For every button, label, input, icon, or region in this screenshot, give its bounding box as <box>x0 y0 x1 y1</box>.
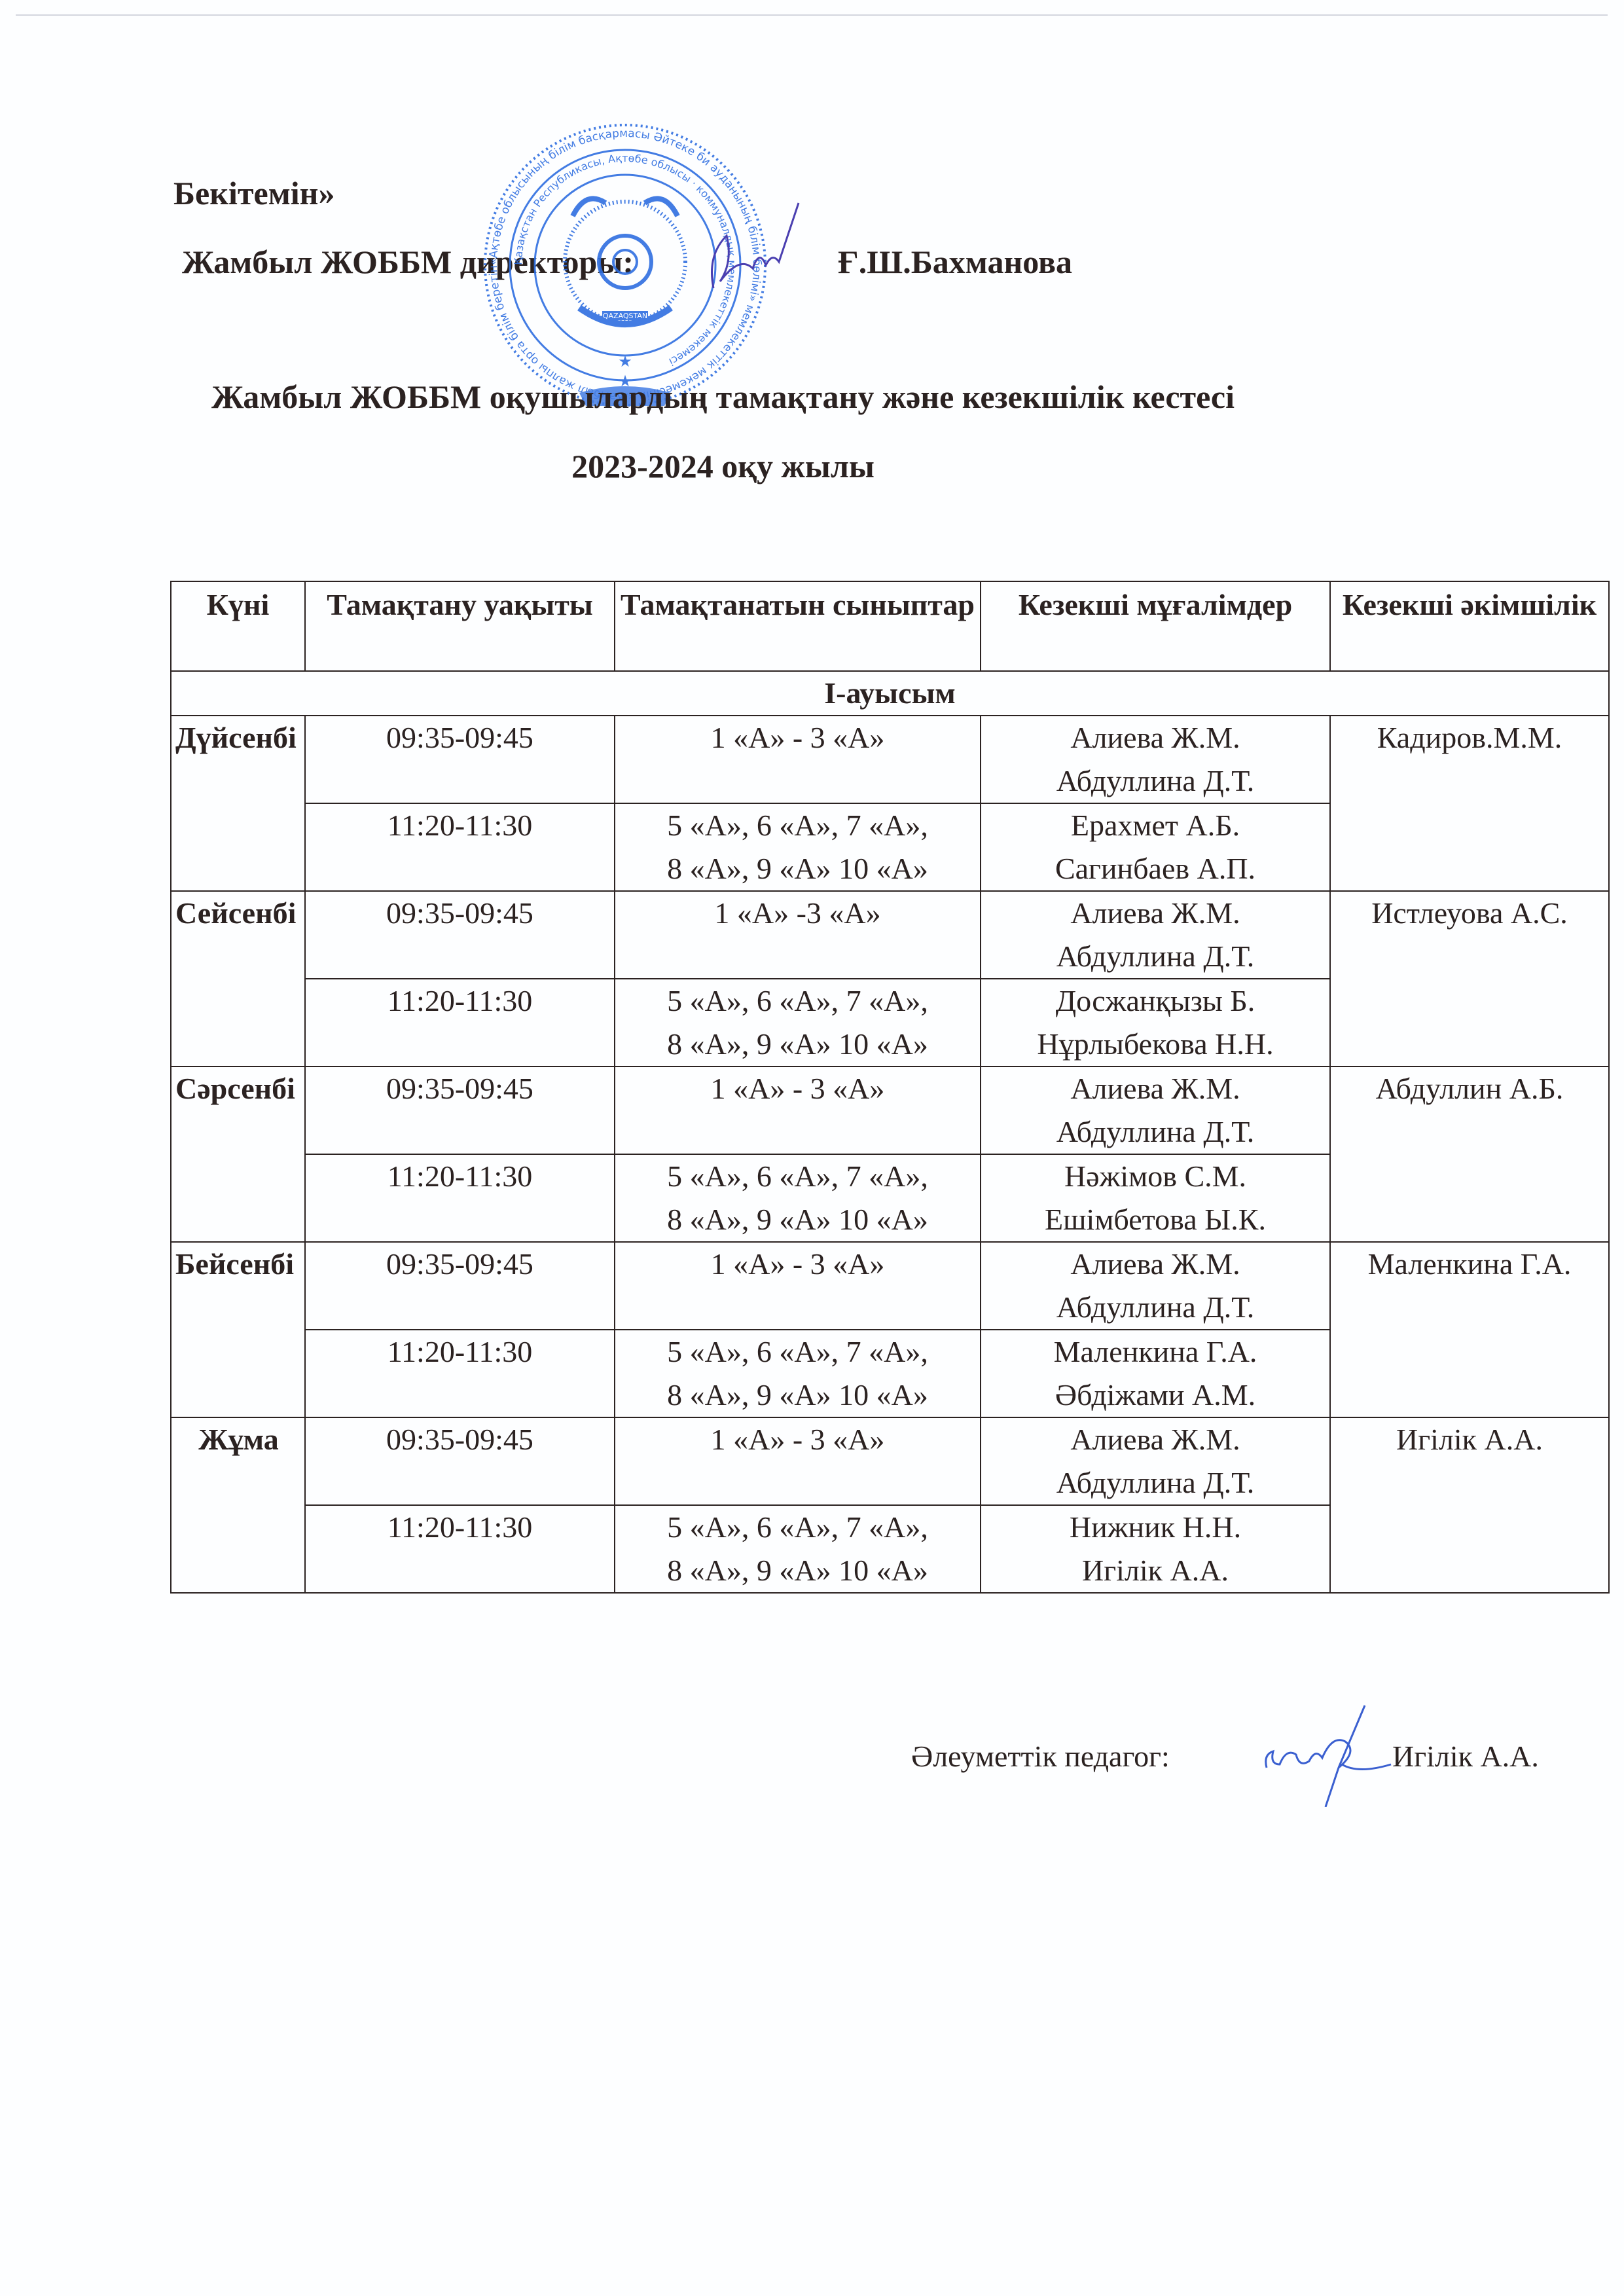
admin-cell: Истлеуова А.С. <box>1330 891 1609 1066</box>
teacher-name: Алиева Ж.М. <box>984 1067 1327 1110</box>
class-group: 8 «А», 9 «А» 10 «А» <box>618 1374 977 1417</box>
classes-cell: 1 «А» - 3 «А» <box>615 1066 981 1154</box>
teachers-cell: Алиева Ж.М.Абдуллина Д.Т. <box>981 891 1330 979</box>
teachers-cell: Алиева Ж.М.Абдуллина Д.Т. <box>981 716 1330 803</box>
classes-cell: 5 «А», 6 «А», 7 «А»,8 «А», 9 «А» 10 «А» <box>615 1505 981 1593</box>
teacher-name: Алиева Ж.М. <box>984 716 1327 759</box>
teacher-name: Досжанқызы Б. <box>984 979 1327 1023</box>
admin-cell: Кадиров.М.М. <box>1330 716 1609 891</box>
svg-text:★: ★ <box>618 354 632 371</box>
teacher-name: Абдуллина Д.Т. <box>984 1286 1327 1329</box>
page-title: Жамбыл ЖОББМ оқушылардың тамақтану және … <box>0 378 1535 416</box>
teachers-cell: Ерахмет А.Б.Сагинбаев А.П. <box>981 803 1330 891</box>
day-cell: Бейсенбі <box>171 1242 305 1417</box>
classes-cell: 1 «А» -3 «А» <box>615 891 981 979</box>
column-header: Кезекші әкімшілік <box>1330 581 1609 671</box>
teacher-name: Сагинбаев А.П. <box>984 847 1327 890</box>
director-name: Ғ.Ш.Бахманова <box>838 243 1072 281</box>
teacher-name: Абдуллина Д.Т. <box>984 1110 1327 1154</box>
class-group: 1 «А» - 3 «А» <box>618 1418 977 1461</box>
classes-cell: 5 «А», 6 «А», 7 «А»,8 «А», 9 «А» 10 «А» <box>615 1154 981 1242</box>
table-row: Сәрсенбі09:35-09:451 «А» - 3 «А»Алиева Ж… <box>171 1066 1609 1154</box>
time-cell: 11:20-11:30 <box>305 1330 615 1417</box>
admin-cell: Маленкина Г.А. <box>1330 1242 1609 1417</box>
class-group: 1 «А» - 3 «А» <box>618 716 977 759</box>
approve-label: Бекітемін» <box>173 174 334 212</box>
teacher-name: Маленкина Г.А. <box>984 1330 1327 1374</box>
column-header: Кезекші мұғалімдер <box>981 581 1330 671</box>
time-cell: 11:20-11:30 <box>305 803 615 891</box>
time-cell: 11:20-11:30 <box>305 979 615 1066</box>
admin-cell: Абдуллин А.Б. <box>1330 1066 1609 1242</box>
teacher-name: Абдуллина Д.Т. <box>984 935 1327 978</box>
admin-cell: Игілік А.А. <box>1330 1417 1609 1593</box>
director-signature-icon <box>700 196 805 301</box>
classes-cell: 5 «А», 6 «А», 7 «А»,8 «А», 9 «А» 10 «А» <box>615 803 981 891</box>
day-cell: Дүйсенбі <box>171 716 305 891</box>
class-group: 8 «А», 9 «А» 10 «А» <box>618 1023 977 1066</box>
column-header: Күні <box>171 581 305 671</box>
footer-name: Игілік А.А. <box>1392 1739 1539 1774</box>
footer-role-label: Әлеуметтік педагог: <box>911 1740 1170 1773</box>
page-subtitle: 2023-2024 оқу жылы <box>0 447 1535 485</box>
time-cell: 09:35-09:45 <box>305 716 615 803</box>
teacher-name: Алиева Ж.М. <box>984 892 1327 935</box>
classes-cell: 5 «А», 6 «А», 7 «А»,8 «А», 9 «А» 10 «А» <box>615 1330 981 1417</box>
pedagogue-signature-icon <box>1260 1702 1398 1807</box>
classes-cell: 1 «А» - 3 «А» <box>615 716 981 803</box>
classes-cell: 1 «А» - 3 «А» <box>615 1242 981 1330</box>
class-group: 5 «А», 6 «А», 7 «А», <box>618 1155 977 1198</box>
class-group: 8 «А», 9 «А» 10 «А» <box>618 1198 977 1241</box>
footer-signature: Әлеуметтік педагог: Игілік А.А. <box>911 1739 1170 1774</box>
classes-cell: 5 «А», 6 «А», 7 «А»,8 «А», 9 «А» 10 «А» <box>615 979 981 1066</box>
teacher-name: Алиева Ж.М. <box>984 1243 1327 1286</box>
class-group: 5 «А», 6 «А», 7 «А», <box>618 804 977 847</box>
scan-edge-line <box>16 14 1608 16</box>
teachers-cell: Маленкина Г.А.Әбдіжами А.М. <box>981 1330 1330 1417</box>
teacher-name: Абдуллина Д.Т. <box>984 759 1327 803</box>
class-group: 8 «А», 9 «А» 10 «А» <box>618 1549 977 1592</box>
time-cell: 11:20-11:30 <box>305 1505 615 1593</box>
time-cell: 09:35-09:45 <box>305 1066 615 1154</box>
table-row: Дүйсенбі09:35-09:451 «А» - 3 «А»Алиева Ж… <box>171 716 1609 803</box>
teachers-cell: Нәжімов С.М.Ешімбетова Ы.К. <box>981 1154 1330 1242</box>
teachers-cell: Алиева Ж.М.Абдуллина Д.Т. <box>981 1066 1330 1154</box>
teacher-name: Нұрлыбекова Н.Н. <box>984 1023 1327 1066</box>
teachers-cell: Алиева Ж.М.Абдуллина Д.Т. <box>981 1417 1330 1505</box>
class-group: 5 «А», 6 «А», 7 «А», <box>618 1506 977 1549</box>
time-cell: 11:20-11:30 <box>305 1154 615 1242</box>
class-group: 8 «А», 9 «А» 10 «А» <box>618 847 977 890</box>
shift-label: І-ауысым <box>171 671 1609 716</box>
class-group: 1 «А» - 3 «А» <box>618 1067 977 1110</box>
time-cell: 09:35-09:45 <box>305 891 615 979</box>
teacher-name: Нижник Н.Н. <box>984 1506 1327 1549</box>
svg-text:QAZAQSTAN: QAZAQSTAN <box>603 312 647 320</box>
day-cell: Жұма <box>171 1417 305 1593</box>
class-group: 5 «А», 6 «А», 7 «А», <box>618 1330 977 1374</box>
teacher-name: Ешімбетова Ы.К. <box>984 1198 1327 1241</box>
schedule-table: Күні Тамақтану уақыты Тамақтанатын сынып… <box>170 581 1610 1594</box>
teacher-name: Абдуллина Д.Т. <box>984 1461 1327 1504</box>
class-group: 5 «А», 6 «А», 7 «А», <box>618 979 977 1023</box>
shift-row: І-ауысым <box>171 671 1609 716</box>
day-cell: Сейсенбі <box>171 891 305 1066</box>
teachers-cell: Алиева Ж.М.Абдуллина Д.Т. <box>981 1242 1330 1330</box>
teacher-name: Алиева Ж.М. <box>984 1418 1327 1461</box>
class-group: 1 «А» -3 «А» <box>618 892 977 935</box>
day-cell: Сәрсенбі <box>171 1066 305 1242</box>
table-row: Бейсенбі09:35-09:451 «А» - 3 «А»Алиева Ж… <box>171 1242 1609 1330</box>
teacher-name: Нәжімов С.М. <box>984 1155 1327 1198</box>
teacher-name: Әбдіжами А.М. <box>984 1374 1327 1417</box>
table-header-row: Күні Тамақтану уақыты Тамақтанатын сынып… <box>171 581 1609 671</box>
class-group: 1 «А» - 3 «А» <box>618 1243 977 1286</box>
column-header: Тамақтанатын сыныптар <box>615 581 981 671</box>
table-row: Жұма09:35-09:451 «А» - 3 «А»Алиева Ж.М.А… <box>171 1417 1609 1505</box>
teacher-name: Игілік А.А. <box>984 1549 1327 1592</box>
table-row: Сейсенбі09:35-09:451 «А» -3 «А»Алиева Ж.… <box>171 891 1609 979</box>
time-cell: 09:35-09:45 <box>305 1417 615 1505</box>
teachers-cell: Досжанқызы Б.Нұрлыбекова Н.Н. <box>981 979 1330 1066</box>
time-cell: 09:35-09:45 <box>305 1242 615 1330</box>
teachers-cell: Нижник Н.Н.Игілік А.А. <box>981 1505 1330 1593</box>
teacher-name: Ерахмет А.Б. <box>984 804 1327 847</box>
column-header: Тамақтану уақыты <box>305 581 615 671</box>
classes-cell: 1 «А» - 3 «А» <box>615 1417 981 1505</box>
